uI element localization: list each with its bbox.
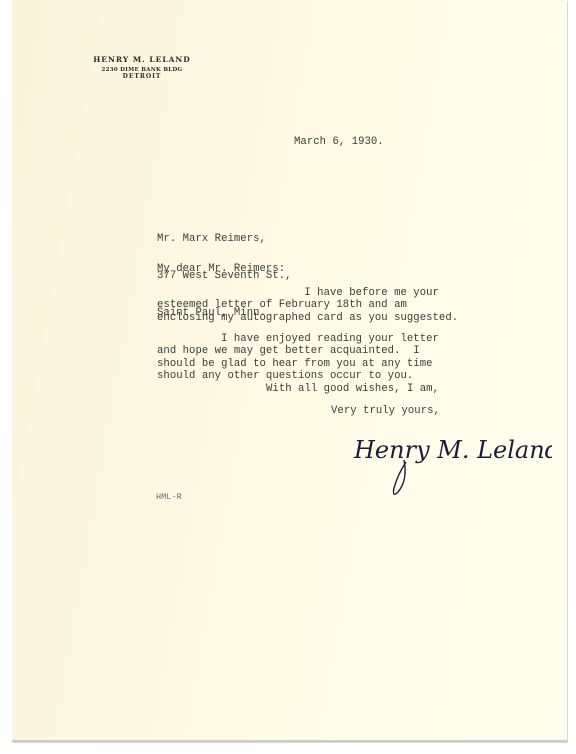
- letterhead-address: 2230 DIME BANK BLDG: [82, 67, 202, 73]
- recipient-line: Mr. Marx Reimers,: [157, 233, 292, 245]
- letterhead-name: HENRY M. LELAND: [82, 56, 202, 65]
- body-paragraph-1: I have before me your esteemed letter of…: [157, 287, 458, 324]
- complimentary-close: Very truly yours,: [331, 405, 440, 417]
- letter-page: HENRY M. LELAND 2230 DIME BANK BLDG DETR…: [12, 0, 567, 742]
- signature-flourish: [394, 460, 407, 494]
- letterhead-city: DETROIT: [82, 74, 202, 81]
- letterhead: HENRY M. LELAND 2230 DIME BANK BLDG DETR…: [82, 56, 202, 81]
- salutation: My dear Mr. Reimers:: [157, 263, 285, 275]
- signature-text: Henry M. Leland: [353, 436, 552, 464]
- closing-line: With all good wishes, I am,: [266, 383, 439, 395]
- typist-initials: HML-R: [156, 491, 182, 503]
- handwritten-signature: Henry M. Leland: [352, 420, 552, 500]
- body-paragraph-2: I have enjoyed reading your letter and h…: [157, 333, 439, 383]
- letter-date: March 6, 1930.: [294, 136, 384, 148]
